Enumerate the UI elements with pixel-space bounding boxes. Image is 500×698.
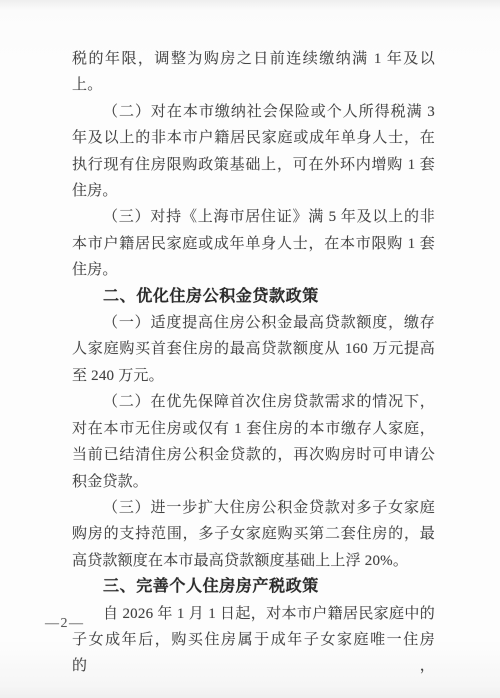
body-line: 本市户籍居民家庭或成年单身人士，在本市限购 1 套 — [72, 231, 435, 257]
body-line: （二）在优先保障首次住房贷款需求的情况下， — [72, 389, 435, 415]
document-page: 税的年限，调整为购房之日前连续缴纳满 1 年及以上。（二）对在本市缴纳社会保险或… — [0, 0, 500, 698]
body-line: 自 2026 年 1 月 1 日起，对本市户籍居民家庭中的 — [72, 601, 435, 627]
document-body: 税的年限，调整为购房之日前连续缴纳满 1 年及以上。（二）对在本市缴纳社会保险或… — [72, 46, 435, 680]
body-line: 至 240 万元。 — [72, 363, 435, 389]
body-line: 积金贷款。 — [72, 469, 435, 495]
body-line: 住房。 — [72, 178, 435, 204]
section-heading: 三、完善个人住房房产税政策 — [72, 574, 435, 600]
body-line: （三）对持《上海市居住证》满 5 年及以上的非 — [72, 204, 435, 230]
body-line: 执行现有住房限购政策基础上，可在外环内增购 1 套 — [72, 152, 435, 178]
body-line: （三）进一步扩大住房公积金贷款对多子女家庭 — [72, 495, 435, 521]
section-heading: 二、优化住房公积金贷款政策 — [72, 284, 435, 310]
body-line: 住房。 — [72, 257, 435, 283]
body-line: 年及以上的非本市户籍居民家庭或成年单身人士，在 — [72, 125, 435, 151]
body-line: 人家庭购买首套住房的最高贷款额度从 160 万元提高 — [72, 336, 435, 362]
body-line: 对在本市无住房或仅有 1 套住房的本市缴存人家庭， — [72, 416, 435, 442]
body-line: 购房的支持范围，多子女家庭购买第二套住房的，最 — [72, 521, 435, 547]
body-line: 当前已结清住房公积金贷款的，再次购房时可申请公 — [72, 442, 435, 468]
body-line: 税的年限，调整为购房之日前连续缴纳满 1 年及以上。 — [72, 46, 435, 99]
body-line: 高贷款额度在本市最高贷款额度基础上上浮 20%。 — [72, 548, 435, 574]
body-line: 子女成年后，购买住房属于成年子女家庭唯一住房的， — [72, 627, 435, 680]
page-number: —2— — [45, 612, 85, 636]
body-line: （一）适度提高住房公积金最高贷款额度，缴存 — [72, 310, 435, 336]
body-line: （二）对在本市缴纳社会保险或个人所得税满 3 — [72, 99, 435, 125]
